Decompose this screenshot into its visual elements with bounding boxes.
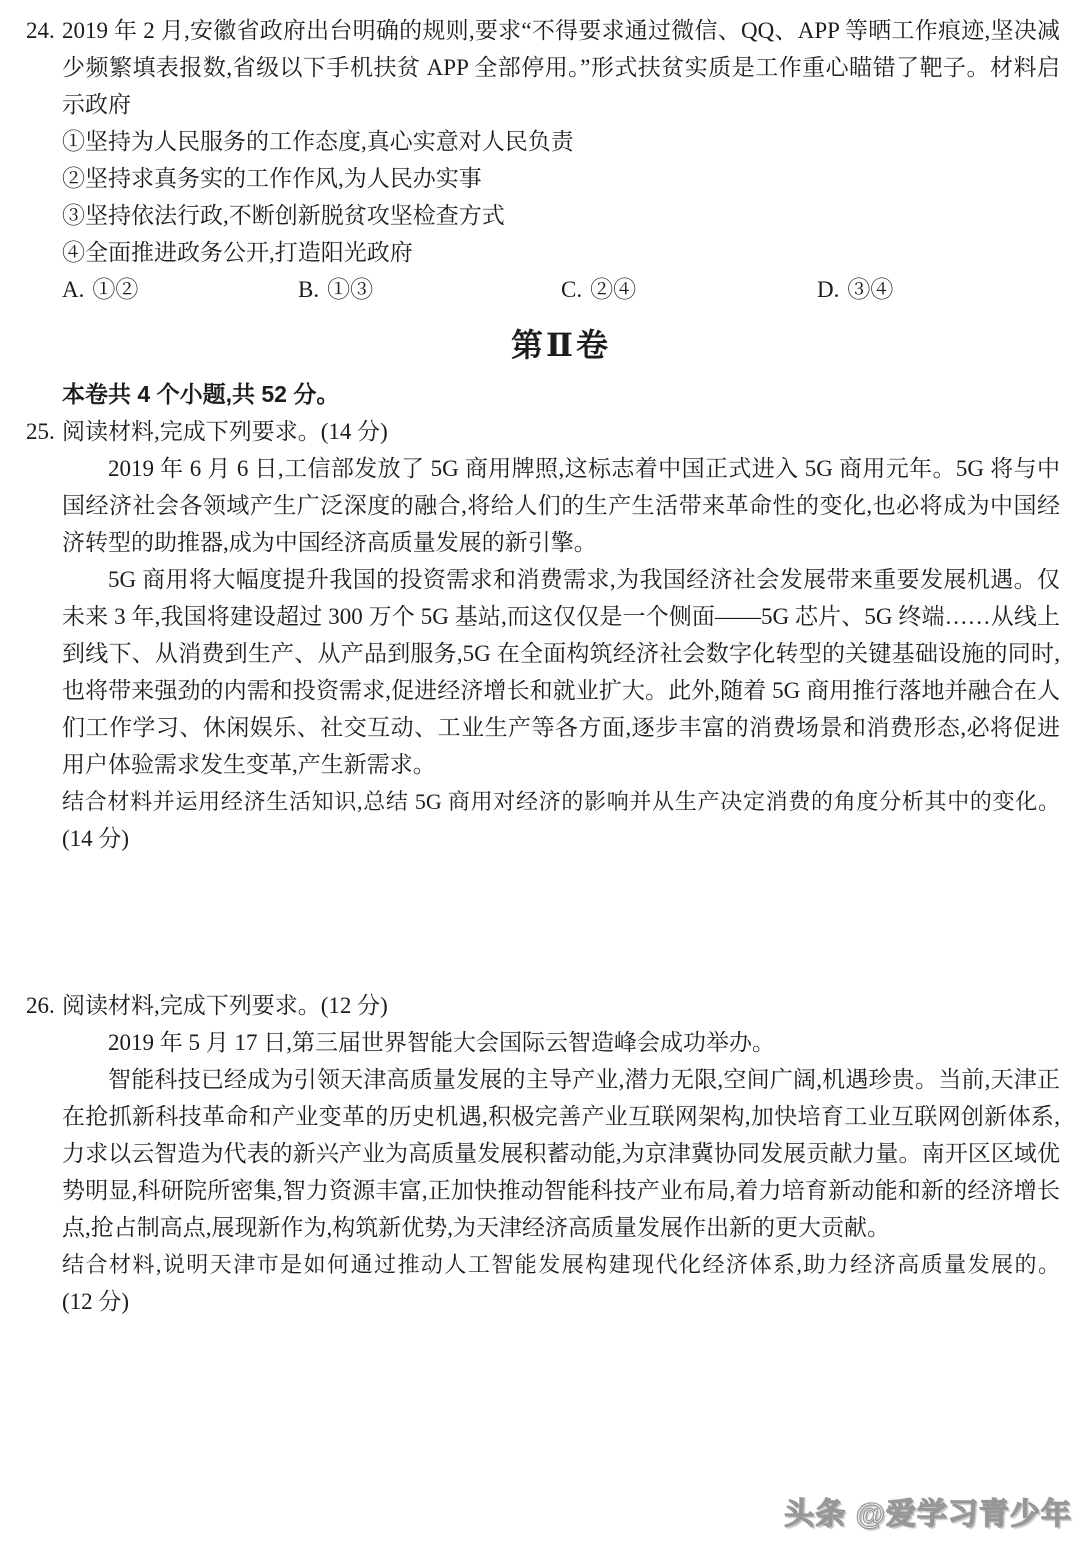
question-24-stem: 24.2019 年 2 月,安徽省政府出台明确的规则,要求“不得要求通过微信、Q… xyxy=(62,12,1060,123)
question-25-heading: 25.阅读材料,完成下列要求。(14 分) xyxy=(62,413,1060,450)
option-a-label: A. xyxy=(62,277,84,302)
option-c: C.②④ xyxy=(561,271,817,308)
question-26-paragraph-1: 2019 年 5 月 17 日,第三届世界智能大会国际云智造峰会成功举办。 xyxy=(62,1024,1060,1061)
question-26-heading-text: 阅读材料,完成下列要求。(12 分) xyxy=(62,993,388,1018)
question-24-statement-3: ③坚持依法行政,不断创新脱贫攻坚检查方式 xyxy=(62,197,1060,234)
question-24-statement-2: ②坚持求真务实的工作作风,为人民办实事 xyxy=(62,160,1060,197)
question-26-paragraph-2: 智能科技已经成为引领天津高质量发展的主导产业,潜力无限,空间广阔,机遇珍贵。当前… xyxy=(62,1061,1060,1246)
watermark: 头条 @爱学习青少年 xyxy=(784,1489,1072,1533)
question-25-task-marks: (14 分) xyxy=(62,820,1060,857)
question-26-task: 结合材料,说明天津市是如何通过推动人工智能发展构建现代化经济体系,助力经济高质量… xyxy=(62,1246,1060,1283)
question-25-task: 结合材料并运用经济生活知识,总结 5G 商用对经济的影响并从生产决定消费的角度分… xyxy=(62,783,1060,820)
watermark-text: 头条 @爱学习青少年 xyxy=(784,1498,1072,1531)
option-a: A.①② xyxy=(62,271,298,308)
option-c-digits: ②④ xyxy=(590,277,636,302)
option-a-digits: ①② xyxy=(92,277,138,302)
section-note: 本卷共 4 个小题,共 52 分。 xyxy=(62,376,1060,413)
option-b: B.①③ xyxy=(298,271,561,308)
question-25-heading-text: 阅读材料,完成下列要求。(14 分) xyxy=(62,419,388,444)
option-d: D.③④ xyxy=(817,271,893,308)
option-c-label: C. xyxy=(561,277,582,302)
question-24: 24.2019 年 2 月,安徽省政府出台明确的规则,要求“不得要求通过微信、Q… xyxy=(62,12,1060,308)
option-d-digits: ③④ xyxy=(847,277,893,302)
option-d-label: D. xyxy=(817,277,839,302)
question-25: 25.阅读材料,完成下列要求。(14 分) 2019 年 6 月 6 日,工信部… xyxy=(62,413,1060,857)
question-25-paragraph-2: 5G 商用将大幅度提升我国的投资需求和消费需求,为我国经济社会发展带来重要发展机… xyxy=(62,561,1060,783)
answer-space xyxy=(62,857,1060,987)
question-24-statement-4: ④全面推进政务公开,打造阳光政府 xyxy=(62,234,1060,271)
exam-page: 24.2019 年 2 月,安徽省政府出台明确的规则,要求“不得要求通过微信、Q… xyxy=(0,0,1080,1555)
question-26-task-marks: (12 分) xyxy=(62,1283,1060,1320)
question-24-number: 24. xyxy=(26,12,55,49)
question-24-options: A.①② B.①③ C.②④ D.③④ xyxy=(62,271,1060,308)
question-24-stem-text: 2019 年 2 月,安徽省政府出台明确的规则,要求“不得要求通过微信、QQ、A… xyxy=(62,18,1060,117)
question-25-paragraph-1: 2019 年 6 月 6 日,工信部发放了 5G 商用牌照,这标志着中国正式进入… xyxy=(62,450,1060,561)
question-25-number: 25. xyxy=(26,413,55,450)
option-b-label: B. xyxy=(298,277,319,302)
question-26-heading: 26.阅读材料,完成下列要求。(12 分) xyxy=(62,987,1060,1024)
option-b-digits: ①③ xyxy=(327,277,373,302)
question-24-statement-1: ①坚持为人民服务的工作态度,真心实意对人民负责 xyxy=(62,123,1060,160)
question-26: 26.阅读材料,完成下列要求。(12 分) 2019 年 5 月 17 日,第三… xyxy=(62,987,1060,1320)
section-title: 第Ⅱ卷 xyxy=(62,322,1060,368)
question-26-number: 26. xyxy=(26,987,55,1024)
